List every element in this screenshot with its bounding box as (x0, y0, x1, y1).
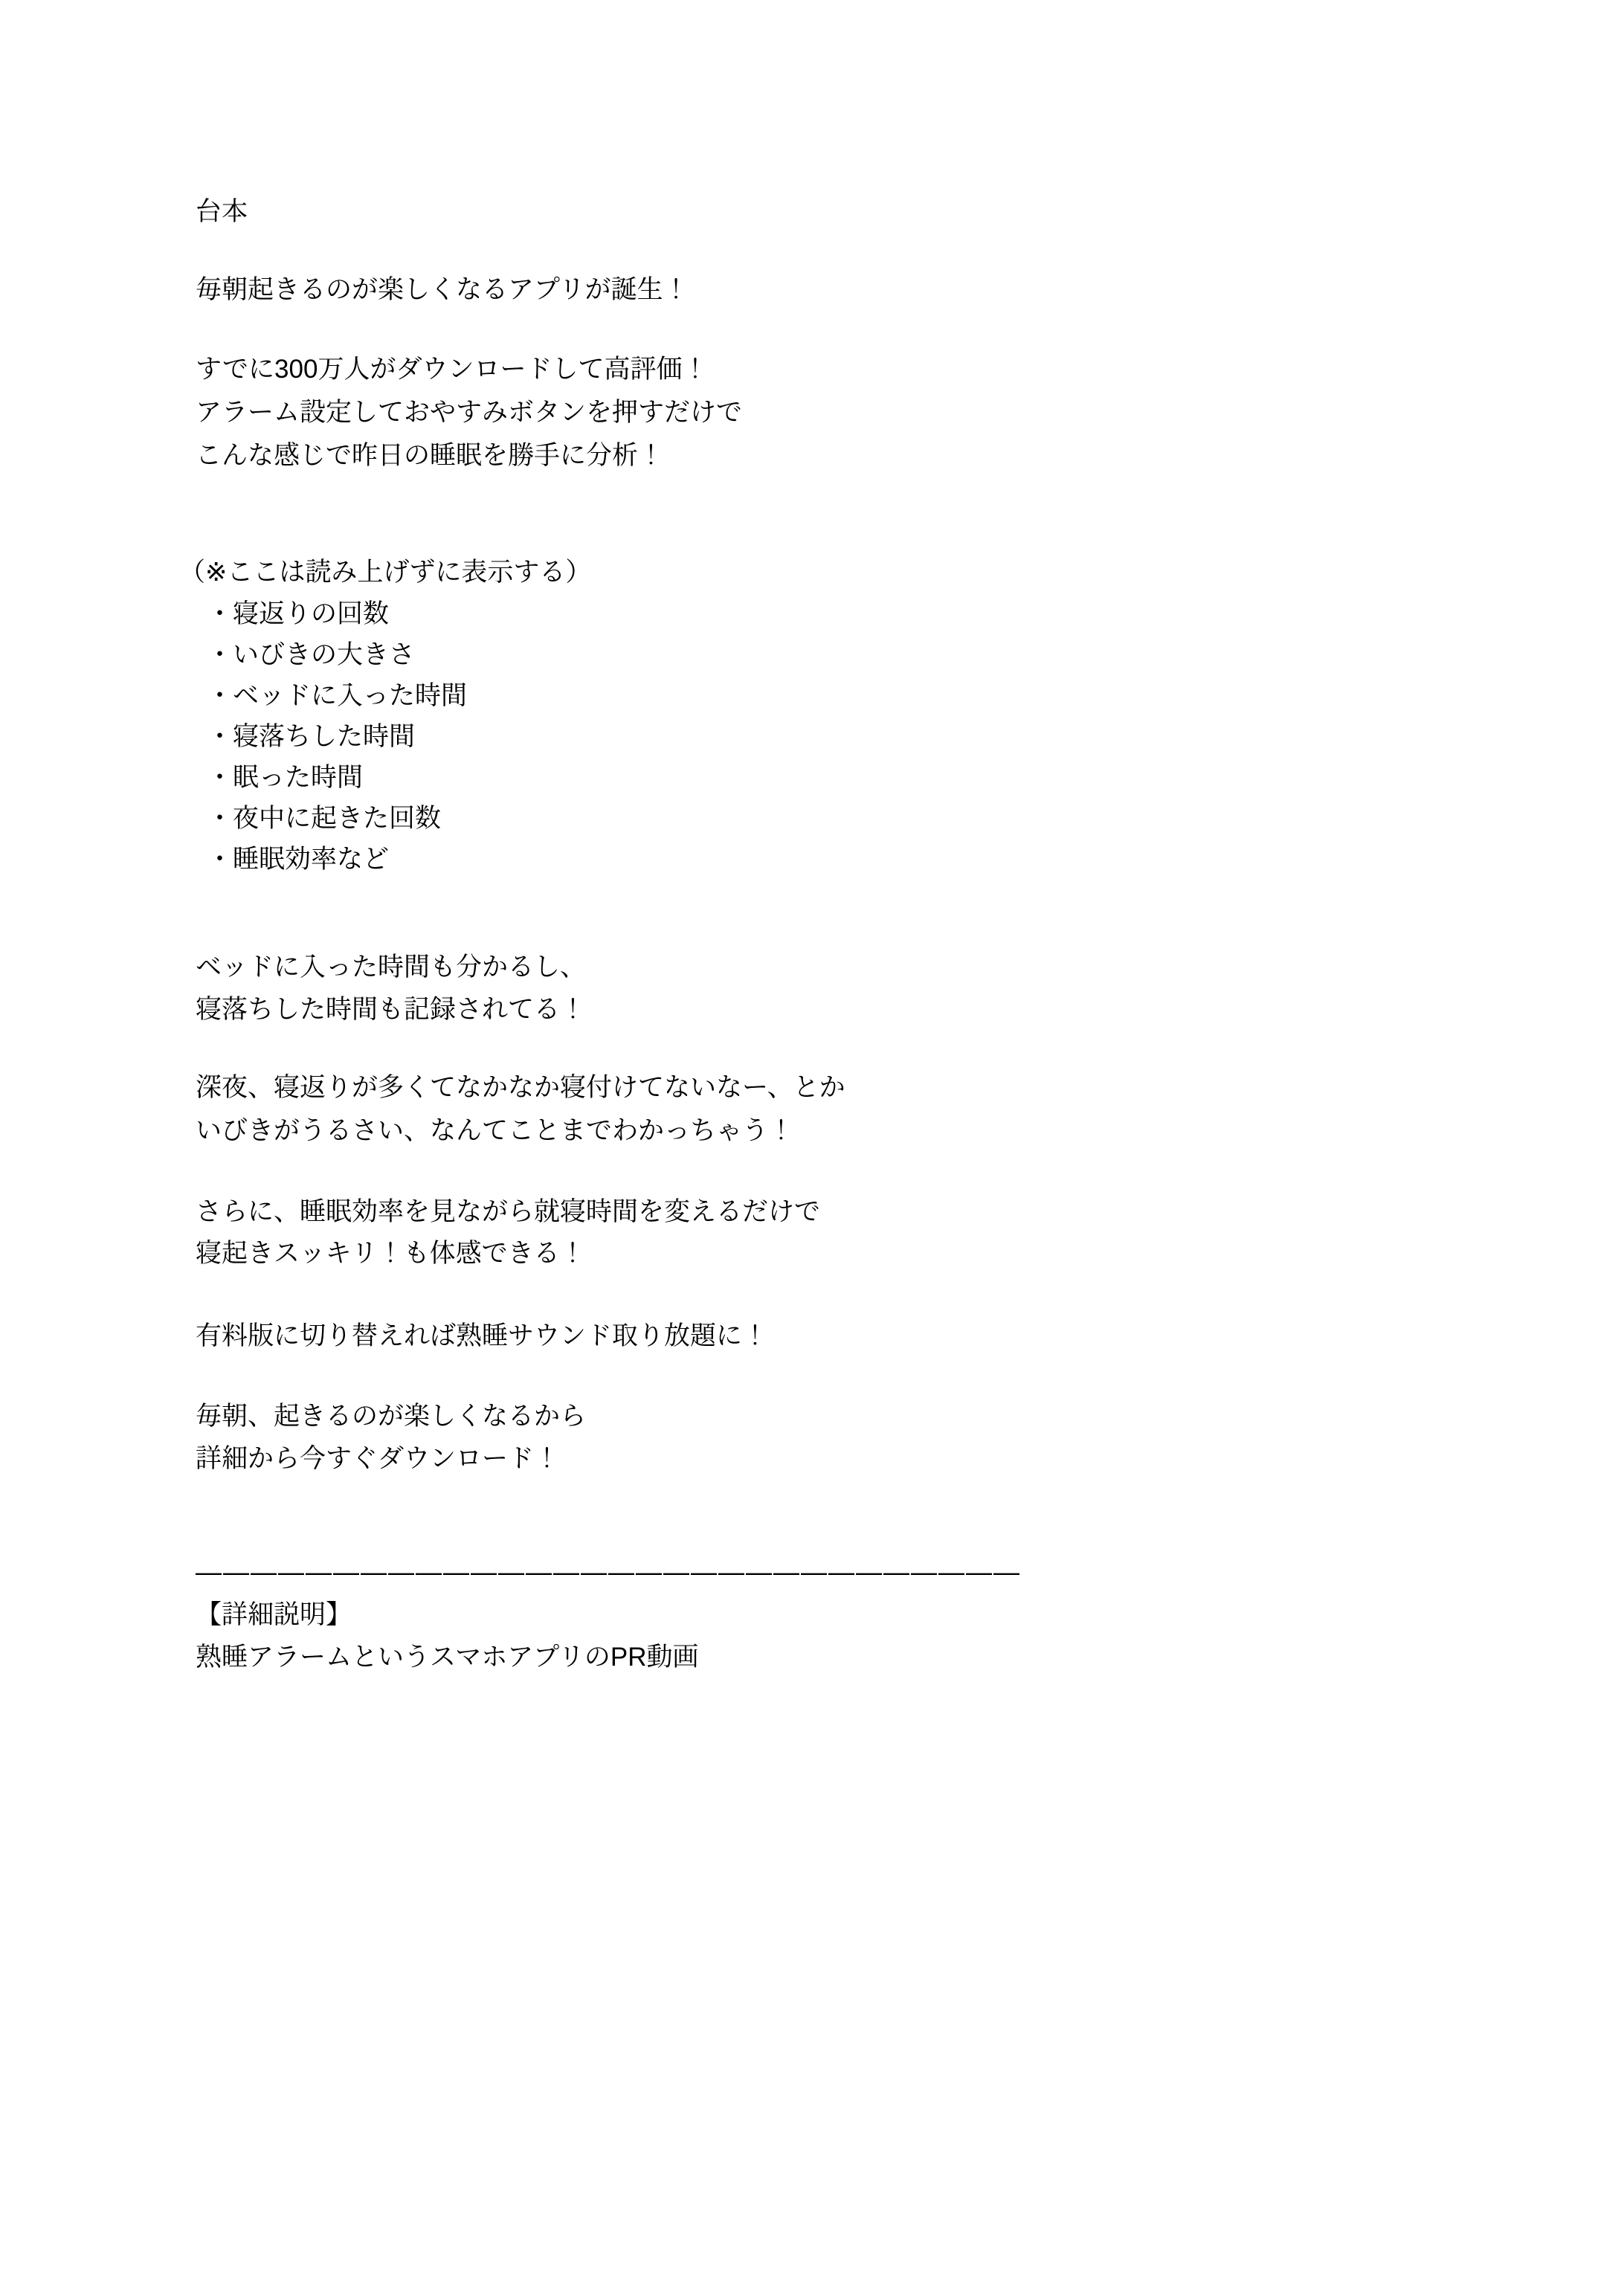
metric-item-turnovers: ・寝返りの回数 (207, 593, 1624, 634)
metric-item-night-wakes: ・夜中に起きた回数 (207, 798, 1624, 839)
section-intro: すでに300万人がダウンロードして高評価！ アラーム設定しておやすみボタンを押す… (196, 348, 1624, 477)
cta-line-1: 毎朝、起きるのが楽しくなるから (196, 1395, 1624, 1437)
section-premium: 有料版に切り替えれば熟睡サウンド取り放題に！ (196, 1315, 1624, 1357)
cta-line-2: 詳細から今すぐダウンロード！ (196, 1437, 1624, 1480)
premium-line: 有料版に切り替えれば熟睡サウンド取り放題に！ (196, 1315, 1624, 1357)
section-details: —————————————————————————————— 【詳細説明】 熟睡… (196, 1551, 1624, 1678)
section-display-note: （※ここは読み上げずに表示する） (179, 551, 1624, 593)
metric-item-snoring: ・いびきの大きさ (207, 634, 1624, 675)
efficiency-line-1: さらに、睡眠効率を見ながら就寝時間を変えるだけで (196, 1191, 1624, 1233)
details-body: 熟睡アラームというスマホアプリのPR動画 (196, 1636, 1624, 1678)
metrics-list: ・寝返りの回数 ・いびきの大きさ ・ベッドに入った時間 ・寝落ちした時間 ・眠っ… (196, 593, 1624, 880)
document-page: 台本 毎朝起きるのが楽しくなるアプリが誕生！ すでに300万人がダウンロードして… (0, 0, 1624, 2294)
section-efficiency: さらに、睡眠効率を見ながら就寝時間を変えるだけで 寝起きスッキリ！も体感できる！ (196, 1191, 1624, 1275)
metric-item-sleep-duration: ・眠った時間 (207, 757, 1624, 798)
insight-line-2: いびきがうるさい、なんてことまでわかっちゃう！ (196, 1109, 1624, 1153)
details-heading: 【詳細説明】 (196, 1594, 1624, 1636)
efficiency-line-2: 寝起きスッキリ！も体感できる！ (196, 1233, 1624, 1275)
metric-item-fall-asleep-time: ・寝落ちした時間 (207, 716, 1624, 757)
divider-dashes: —————————————————————————————— (196, 1551, 1624, 1594)
section-benefit: ベッドに入った時間も分かるし、 寝落ちした時間も記録されてる！ (196, 946, 1624, 1031)
section-cta: 毎朝、起きるのが楽しくなるから 詳細から今すぐダウンロード！ (196, 1395, 1624, 1480)
insight-line-1: 深夜、寝返りが多くてなかなか寝付けてないなー、とか (196, 1066, 1624, 1109)
intro-line-3: こんな感じで昨日の睡眠を勝手に分析！ (196, 434, 1624, 477)
section-insight: 深夜、寝返りが多くてなかなか寝付けてないなー、とか いびきがうるさい、なんてこと… (196, 1066, 1624, 1153)
script-content: 台本 毎朝起きるのが楽しくなるアプリが誕生！ すでに300万人がダウンロードして… (0, 0, 1624, 1678)
lead-line: 毎朝起きるのが楽しくなるアプリが誕生！ (196, 268, 1624, 311)
metric-item-bed-time: ・ベッドに入った時間 (207, 675, 1624, 716)
section-lead: 毎朝起きるのが楽しくなるアプリが誕生！ (196, 268, 1624, 311)
intro-line-1: すでに300万人がダウンロードして高評価！ (196, 348, 1624, 391)
benefit-line-1: ベッドに入った時間も分かるし、 (196, 946, 1624, 988)
intro-line-2: アラーム設定しておやすみボタンを押すだけで (196, 391, 1624, 434)
metric-item-sleep-efficiency: ・睡眠効率など (207, 839, 1624, 880)
benefit-line-2: 寝落ちした時間も記録されてる！ (196, 988, 1624, 1031)
display-note: （※ここは読み上げずに表示する） (179, 551, 1624, 593)
section-title: 台本 (196, 190, 1624, 233)
document-title: 台本 (196, 190, 1624, 233)
